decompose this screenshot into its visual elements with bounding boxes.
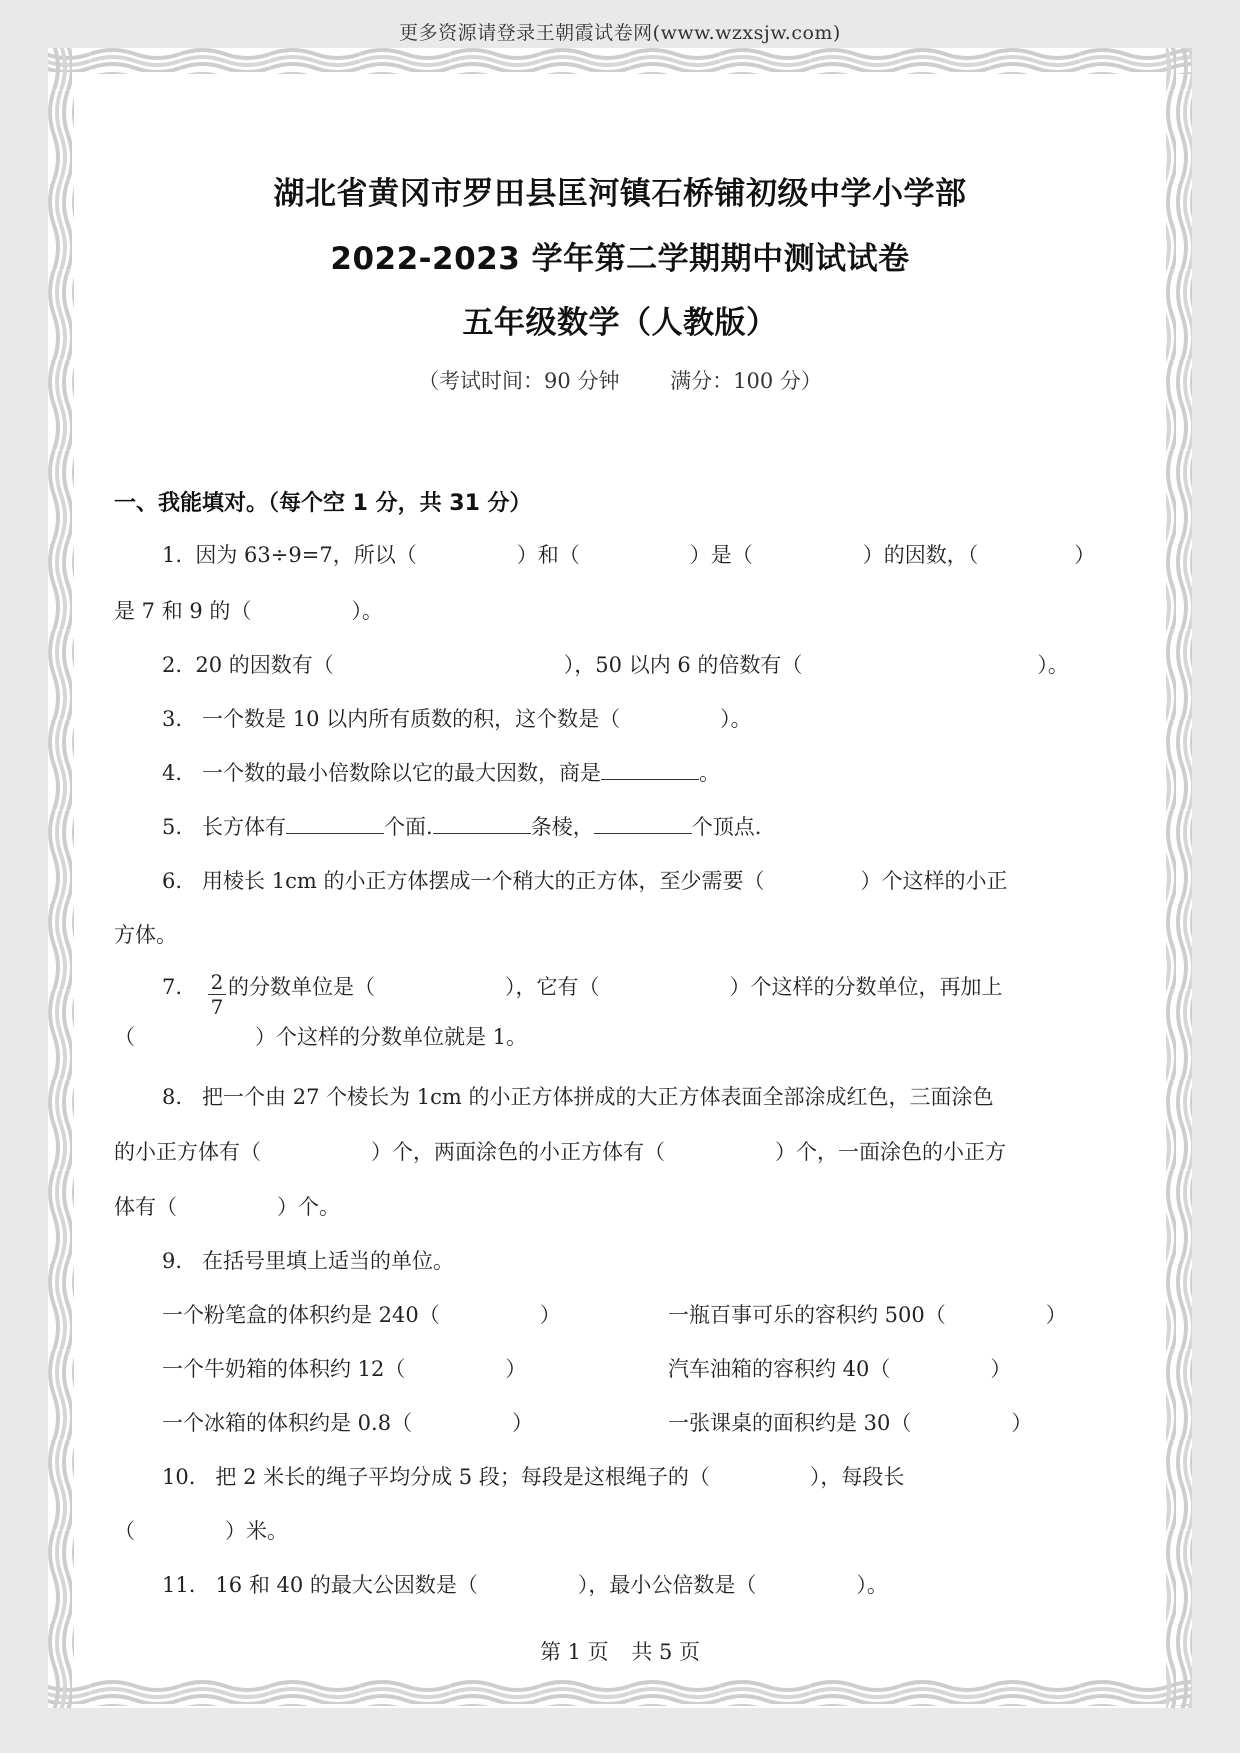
q9-text: ） [512,1411,533,1435]
q2-text: 2. 20 的因数有（ [162,653,334,677]
exam-page: 湖北省黄冈市罗田县匡河镇石桥铺初级中学小学部 2022-2023 学年第二学期期… [0,0,1240,1753]
q7-text: ）个这样的分数单位，再加上 [730,975,1003,999]
q8-text: ）个。 [277,1195,340,1219]
question-2: 2. 20 的因数有（），50 以内 6 的倍数有（）。 [162,649,1069,679]
q9-text: 一个粉笔盒的体积约是 240（ [162,1303,440,1327]
q1-text: ）是（ [690,543,753,567]
q4-text: 。 [699,761,720,785]
fraction-denominator: 7 [208,995,226,1017]
q11-text: 11. 16 和 40 的最大公因数是（ [162,1573,478,1597]
q9-text: ） [540,1303,561,1327]
q10-text: ）米。 [225,1519,288,1543]
q2-text: ）。 [1037,653,1069,677]
q7-text: 的分数单位是（ [228,975,375,999]
page-total: 共 5 页 [631,1640,700,1664]
title-school: 湖北省黄冈市罗田县匡河镇石桥铺初级中学小学部 [0,168,1240,213]
q9-text: 一张课桌的面积约是 30（ [668,1411,911,1435]
page-footer: 第 1 页 共 5 页 [0,1636,1240,1666]
q6-text: 6. 用棱长 1cm 的小正方体摆成一个稍大的正方体，至少需要（ [162,869,764,893]
title-subject: 五年级数学（人教版） [0,297,1240,342]
question-1-line-1: 1. 因为 63÷9=7，所以（）和（）是（）的因数，（） [162,539,1095,569]
q9-item-pepsi: 一瓶百事可乐的容积约 500（） [668,1299,1067,1329]
q1-text: ）。 [351,599,383,623]
q1-text: 是 7 和 9 的（ [114,599,251,623]
title-term: 2022-2023 学年第二学期期中测试试卷 [0,233,1240,278]
question-8-line-2: 的小正方体有（）个，两面涂色的小正方体有（）个，一面涂色的小正方 [114,1136,1006,1166]
q10-text: （ [114,1519,135,1543]
q1-text: ）的因数，（ [863,543,979,567]
question-9-intro: 9. 在括号里填上适当的单位。 [162,1245,454,1275]
q3-text: ）。 [720,707,752,731]
q5-text: 个顶点. [692,815,762,839]
q5-text: 条棱， [531,815,594,839]
full-score: 满分：100 分） [670,369,822,393]
q9-text: ） [505,1357,526,1381]
q9-text: ） [1046,1303,1067,1327]
question-4: 4. 一个数的最小倍数除以它的最大因数，商是。 [162,757,720,787]
q8-text: ）个，两面涂色的小正方体有（ [371,1140,665,1164]
exam-time: （考试时间：90 分钟 [418,369,619,393]
question-3: 3. 一个数是 10 以内所有质数的积，这个数是（）。 [162,703,752,733]
q5-blank-3[interactable] [594,815,692,834]
q7-text: ），它有（ [505,975,600,999]
q1-text: ） [1074,543,1095,567]
question-10-line-2: （）米。 [114,1515,288,1545]
question-6-line-2: 方体。 [114,919,177,949]
q1-text: ）和（ [517,543,580,567]
q9-text: ） [1011,1411,1032,1435]
q5-text: 个面. [384,815,433,839]
q9-item-desk: 一张课桌的面积约是 30（） [668,1407,1032,1437]
q9-text: 一个冰箱的体积约是 0.8（ [162,1411,412,1435]
q4-text: 4. 一个数的最小倍数除以它的最大因数，商是 [162,761,601,785]
q9-text: ） [990,1357,1011,1381]
q5-blank-1[interactable] [286,815,384,834]
q9-text: 一瓶百事可乐的容积约 500（ [668,1303,946,1327]
q2-text: ），50 以内 6 的倍数有（ [564,653,803,677]
q9-item-fridge: 一个冰箱的体积约是 0.8（） [162,1407,533,1437]
q9-item-chalk-box: 一个粉笔盒的体积约是 240（） [162,1299,561,1329]
question-7-line-1: 7.27的分数单位是（），它有（）个这样的分数单位，再加上 [162,966,1003,1011]
question-7-line-2: （）个这样的分数单位就是 1。 [114,1021,527,1051]
question-8-line-3: 体有（）个。 [114,1191,340,1221]
question-11: 11. 16 和 40 的最大公因数是（），最小公倍数是（）。 [162,1569,888,1599]
q4-blank-1[interactable] [601,761,699,780]
q9-item-fuel-tank: 汽车油箱的容积约 40（） [668,1353,1011,1383]
q7-number: 7. [162,975,182,999]
q11-text: ）。 [856,1573,888,1597]
q8-text: 的小正方体有（ [114,1140,261,1164]
q9-item-milk-box: 一个牛奶箱的体积约 12（） [162,1353,526,1383]
fraction-numerator: 2 [208,972,226,995]
q9-text: 汽车油箱的容积约 40（ [668,1357,890,1381]
q6-text: ）个这样的小正 [860,869,1007,893]
question-6-line-1: 6. 用棱长 1cm 的小正方体摆成一个稍大的正方体，至少需要（）个这样的小正 [162,865,1007,895]
question-5: 5. 长方体有个面.条棱，个顶点. [162,811,761,841]
q10-text: ），每段长 [810,1465,905,1489]
q5-text: 5. 长方体有 [162,815,286,839]
q8-text: 体有（ [114,1195,177,1219]
q10-text: 10. 把 2 米长的绳子平均分成 5 段；每段是这根绳子的（ [162,1465,710,1489]
q5-blank-2[interactable] [433,815,531,834]
q7-text: （ [114,1025,135,1049]
q3-text: 3. 一个数是 10 以内所有质数的积，这个数是（ [162,707,620,731]
q7-text: ）个这样的分数单位就是 1。 [255,1025,527,1049]
question-10-line-1: 10. 把 2 米长的绳子平均分成 5 段；每段是这根绳子的（），每段长 [162,1461,904,1491]
q11-text: ），最小公倍数是（ [578,1573,757,1597]
q1-text: 1. 因为 63÷9=7，所以（ [162,543,417,567]
question-8-line-1: 8. 把一个由 27 个棱长为 1cm 的小正方体拼成的大正方体表面全部涂成红色… [162,1081,994,1111]
question-1-line-2: 是 7 和 9 的（）。 [114,595,383,625]
q8-text: ）个，一面涂色的小正方 [775,1140,1006,1164]
page-number: 第 1 页 [540,1640,609,1664]
section-heading-fill-in: 一、我能填对。（每个空 1 分，共 31 分） [114,486,532,517]
fraction-two-sevenths: 27 [208,972,226,1017]
exam-info: （考试时间：90 分钟 满分：100 分） [0,365,1240,395]
q9-text: 一个牛奶箱的体积约 12（ [162,1357,405,1381]
